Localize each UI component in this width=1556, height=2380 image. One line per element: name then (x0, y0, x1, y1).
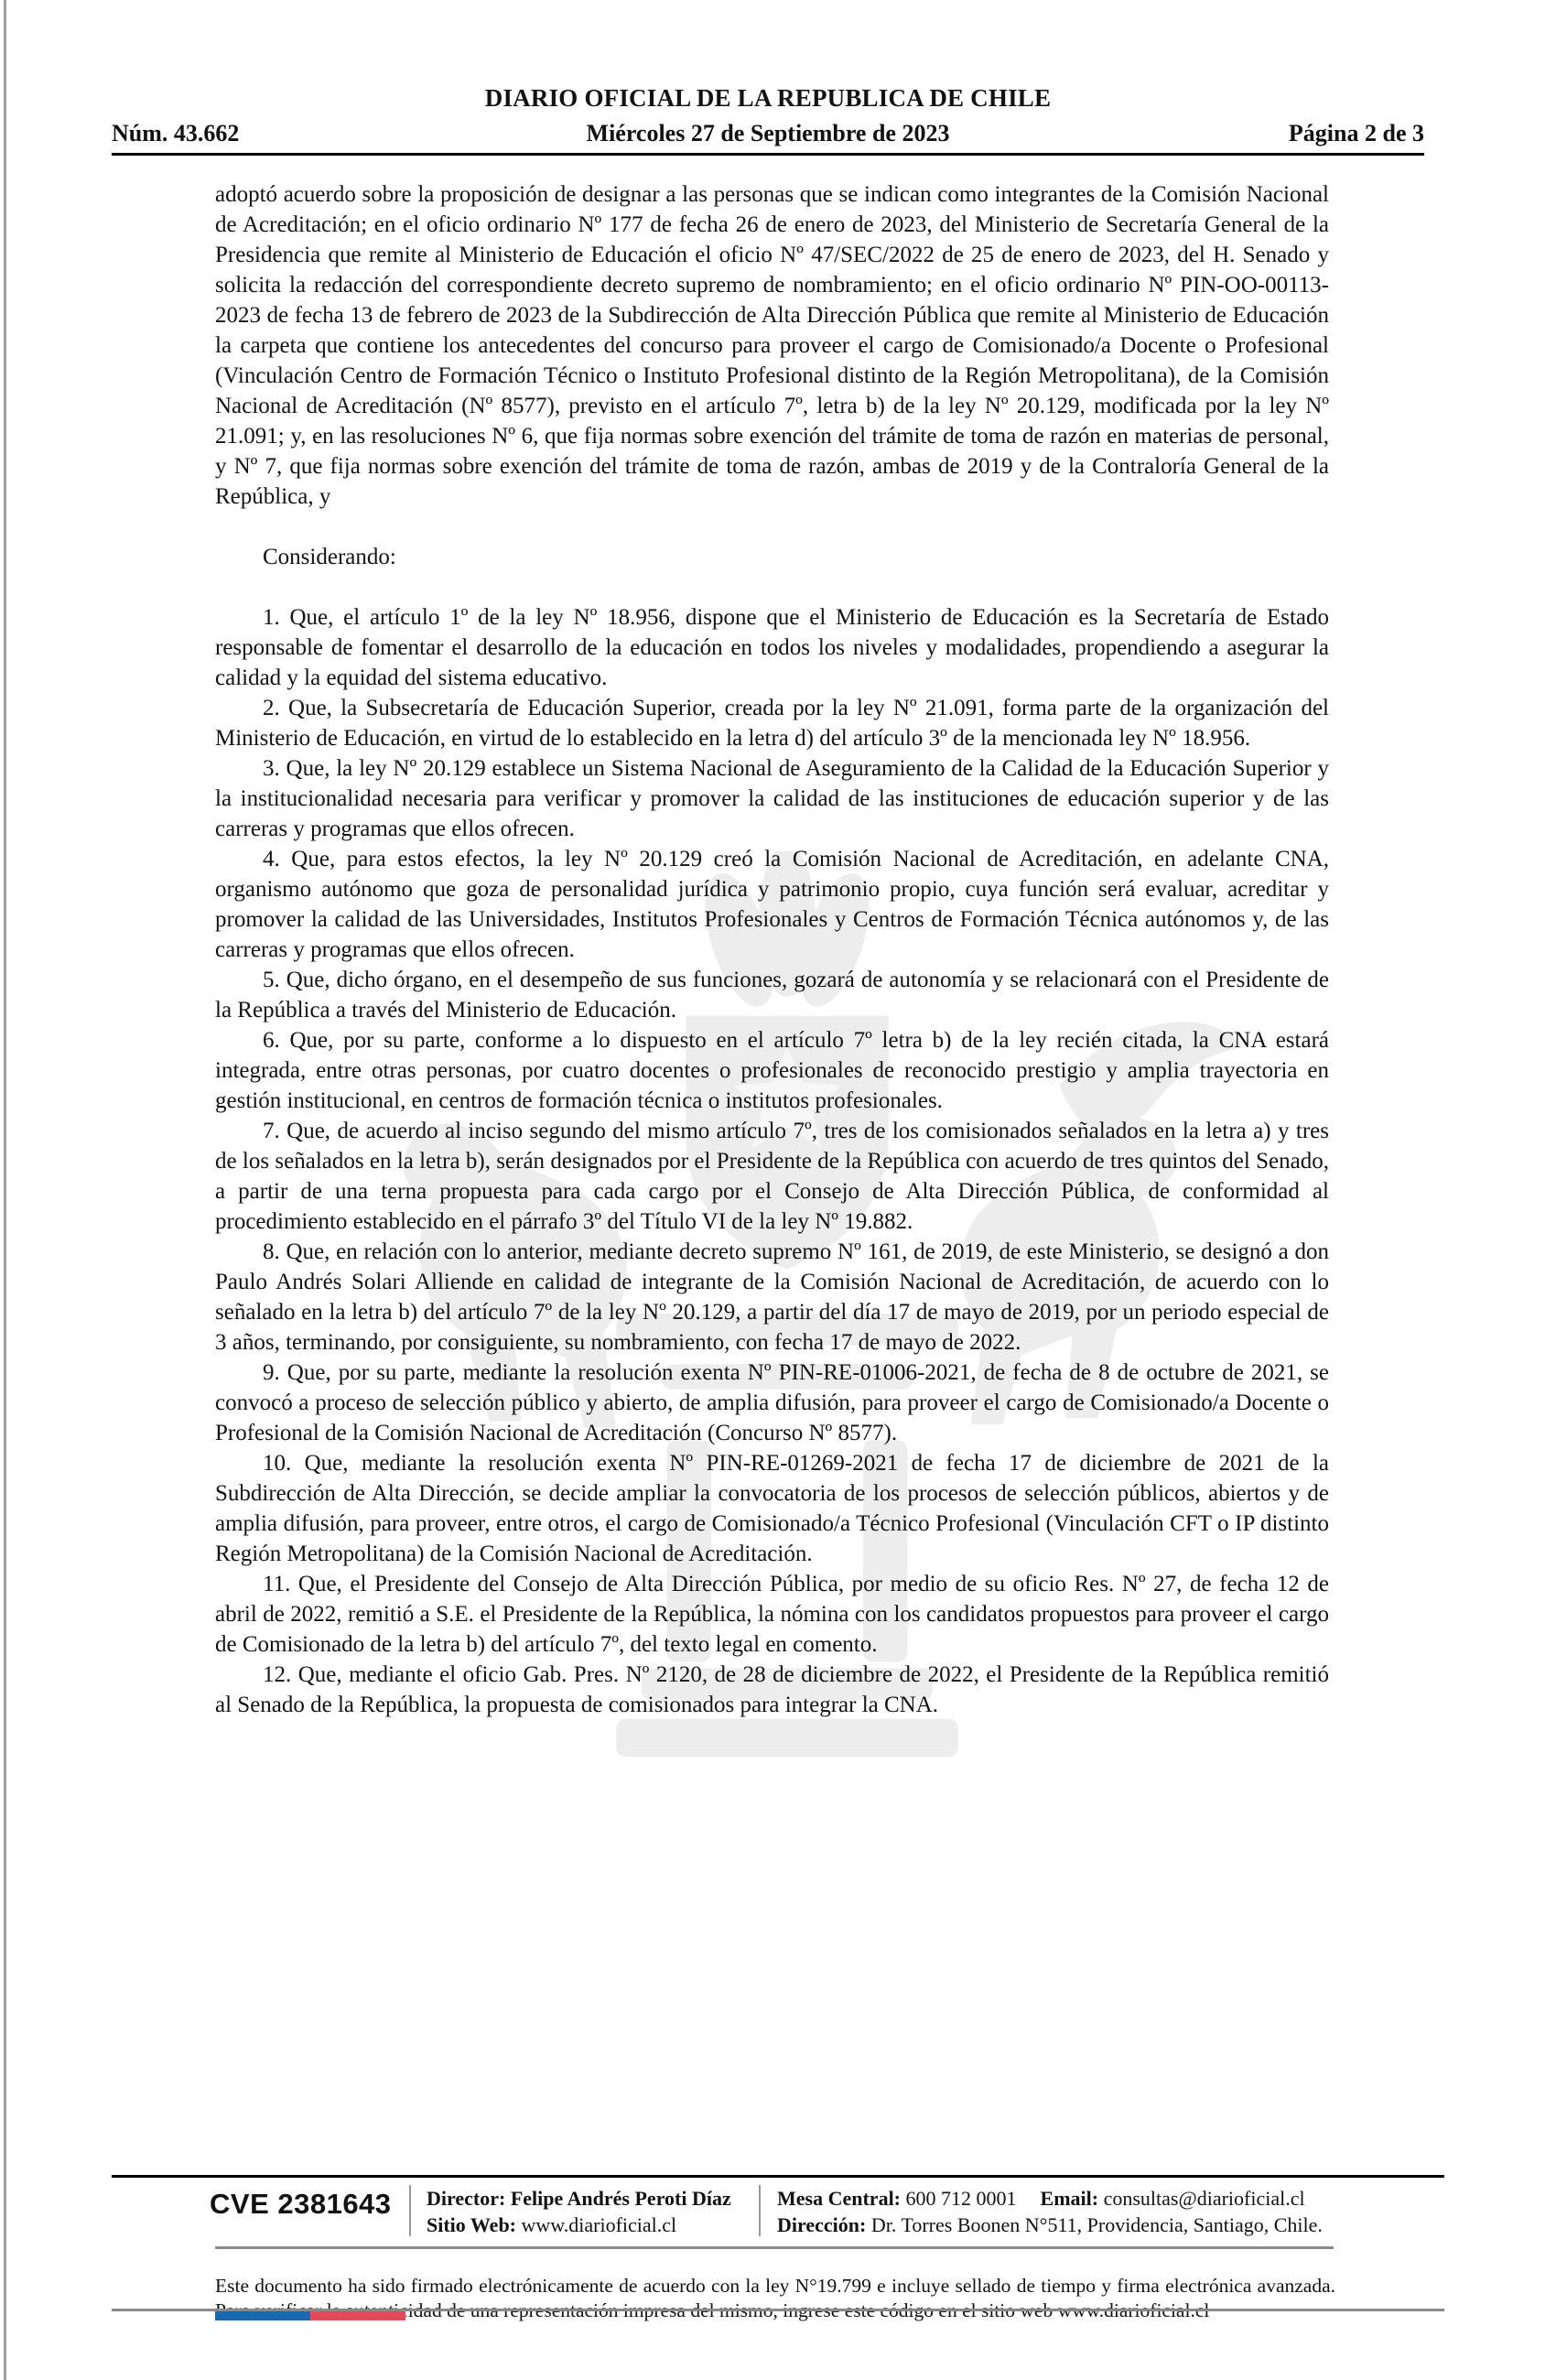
footer-divider-2 (759, 2185, 761, 2236)
publication-title: DIARIO OFICIAL DE LA REPUBLICA DE CHILE (112, 84, 1424, 113)
page-edge-line (4, 0, 6, 2380)
consideration-item-7: 7. Que, de acuerdo al inciso segundo del… (215, 1116, 1329, 1237)
director-label: Director: (427, 2187, 505, 2210)
flag-red-segment (310, 2311, 405, 2320)
header-meta-row: Núm. 43.662 Miércoles 27 de Septiembre d… (112, 120, 1424, 147)
director-name: Felipe Andrés Peroti Díaz (511, 2187, 731, 2210)
cve-code: CVE 2381643 (210, 2188, 392, 2221)
header-date: Miércoles 27 de Septiembre de 2023 (587, 120, 950, 147)
consideration-item-5: 5. Que, dicho órgano, en el desempeño de… (215, 965, 1329, 1025)
considerando-heading: Considerando: (215, 542, 1329, 572)
consideration-item-1: 1. Que, el artículo 1º de la ley Nº 18.9… (215, 602, 1329, 693)
issue-number: Núm. 43.662 (112, 120, 587, 147)
header-rule (112, 153, 1424, 156)
sitio-web-line: Sitio Web: www.diarioficial.cl (427, 2212, 731, 2238)
footer-director-column: Director: Felipe Andrés Peroti Díaz Siti… (427, 2185, 731, 2238)
sitio-web-label: Sitio Web: (427, 2213, 516, 2236)
page-indicator: Página 2 de 3 (949, 120, 1424, 147)
mesa-central-label: Mesa Central: (777, 2187, 901, 2210)
intro-paragraph: adoptó acuerdo sobre la proposición de d… (215, 179, 1329, 512)
direccion-value: Dr. Torres Boonen N°511, Providencia, Sa… (871, 2213, 1323, 2236)
email-label: Email: (1041, 2187, 1099, 2210)
direccion-label: Dirección: (777, 2213, 866, 2236)
consideration-item-6: 6. Que, por su parte, conforme a lo disp… (215, 1025, 1329, 1116)
consideration-item-9: 9. Que, por su parte, mediante la resolu… (215, 1358, 1329, 1448)
chile-flag-bar (215, 2311, 405, 2320)
consideration-item-12: 12. Que, mediante el oficio Gab. Pres. N… (215, 1660, 1329, 1720)
consideration-item-2: 2. Que, la Subsecretaría de Educación Su… (215, 693, 1329, 753)
footer-contact-column: Mesa Central: 600 712 0001Email: consult… (777, 2185, 1323, 2238)
footer-middle-rule (215, 2246, 1334, 2249)
consideration-item-11: 11. Que, el Presidente del Consejo de Al… (215, 1569, 1329, 1660)
gazette-page: DIARIO OFICIAL DE LA REPUBLICA DE CHILE … (0, 0, 1556, 2380)
flag-blue-segment (215, 2311, 310, 2320)
email-value: consultas@diarioficial.cl (1104, 2187, 1305, 2210)
director-line: Director: Felipe Andrés Peroti Díaz (427, 2185, 731, 2212)
consideration-item-3: 3. Que, la ley Nº 20.129 establece un Si… (215, 753, 1329, 844)
consideration-item-4: 4. Que, para estos efectos, la ley Nº 20… (215, 844, 1329, 965)
footer-divider-1 (409, 2185, 411, 2236)
consideration-item-8: 8. Que, en relación con lo anterior, med… (215, 1237, 1329, 1358)
mesa-central-value: 600 712 0001 (906, 2187, 1017, 2210)
document-body: adoptó acuerdo sobre la proposición de d… (215, 179, 1329, 1720)
consideration-item-10: 10. Que, mediante la resolución exenta N… (215, 1448, 1329, 1569)
footer-top-rule (112, 2175, 1444, 2178)
sitio-web-value: www.diarioficial.cl (522, 2213, 677, 2236)
mesa-email-line: Mesa Central: 600 712 0001Email: consult… (777, 2185, 1323, 2212)
direccion-line: Dirección: Dr. Torres Boonen N°511, Prov… (777, 2212, 1323, 2238)
